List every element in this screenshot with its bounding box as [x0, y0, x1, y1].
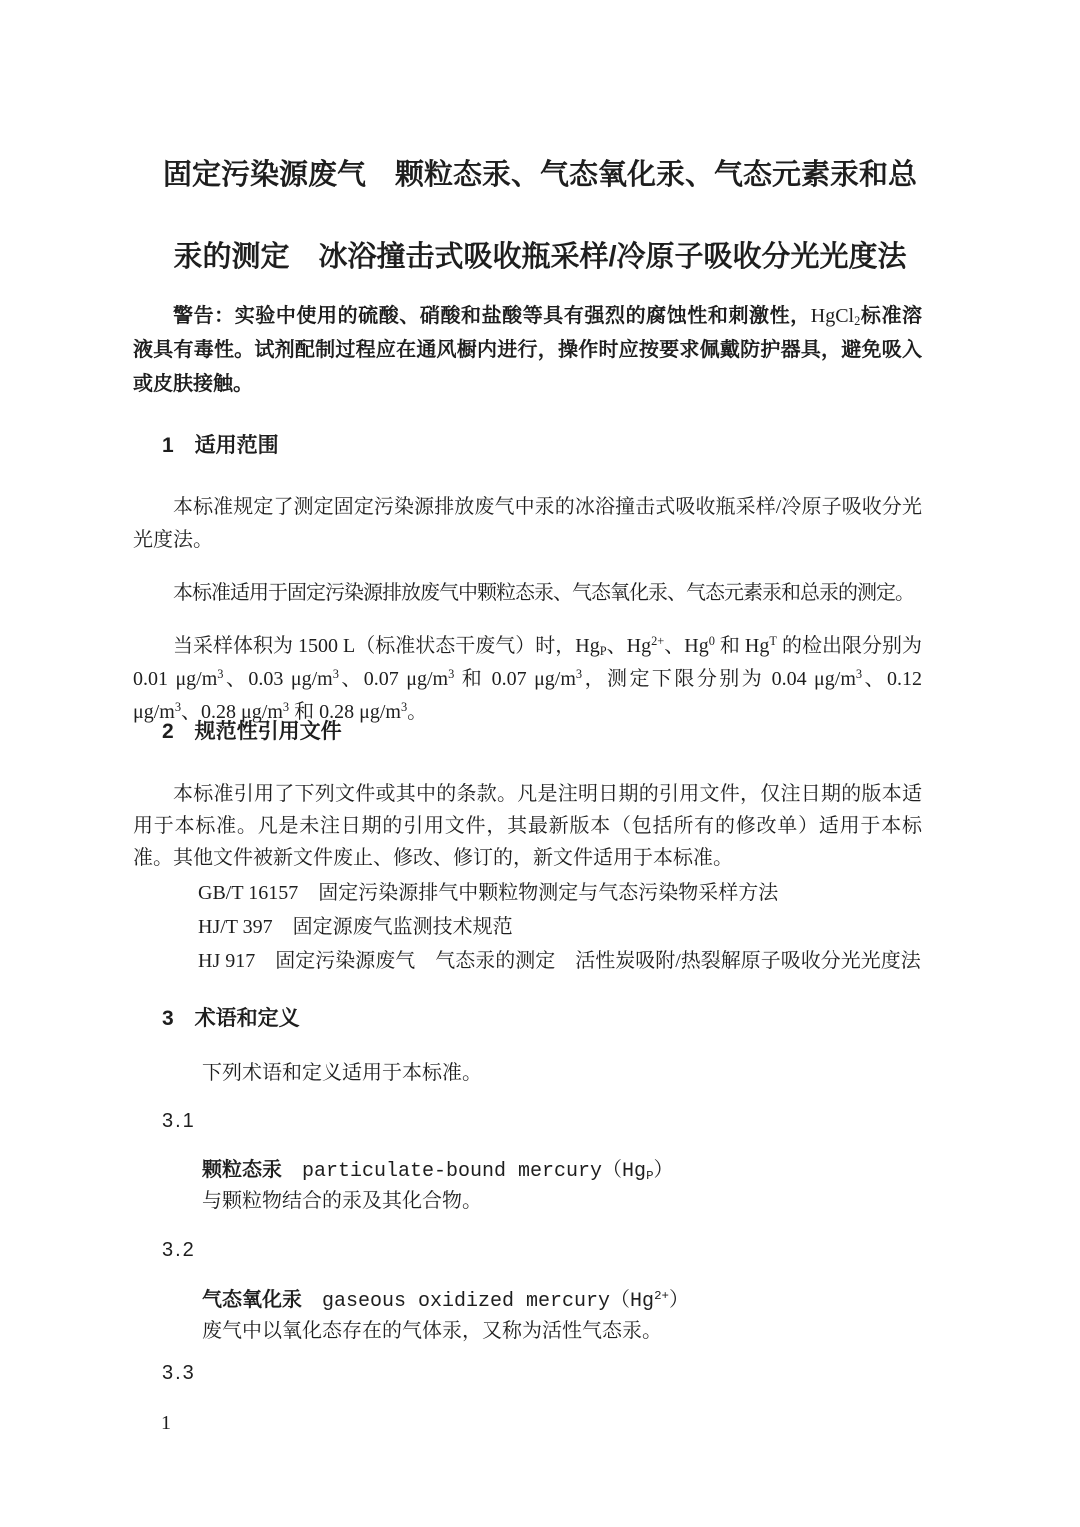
term-definition-3-2: 废气中以氧化态存在的气体汞，又称为活性气态汞。: [202, 1316, 662, 1346]
reference-item: HJ/T 397 固定源废气监测技术规范: [198, 910, 921, 944]
term-number-3-2: 3.2: [162, 1235, 196, 1265]
reference-item: GB/T 16157 固定污染源排气中颗粒物测定与气态污染物采样方法: [198, 876, 921, 910]
paragraph-scope-applicability: 本标准适用于固定污染源排放废气中颗粒态汞、气态氧化汞、气态元素汞和总汞的测定。: [133, 577, 922, 610]
page-number: 1: [161, 1408, 171, 1438]
section-1-heading: 1 适用范围: [162, 431, 279, 461]
term-number-3-1: 3.1: [162, 1106, 196, 1136]
document-title-line-1: 固定污染源废气 颗粒态汞、气态氧化汞、气态元素汞和总: [0, 155, 1080, 195]
terms-intro: 下列术语和定义适用于本标准。: [202, 1058, 482, 1088]
section-1-body: 本标准规定了测定固定污染源排放废气中汞的冰浴撞击式吸收瓶采样/冷原子吸收分光光度…: [133, 491, 922, 729]
section-3-heading: 3 术语和定义: [162, 1004, 300, 1034]
section-2-heading: 2 规范性引用文件: [162, 717, 342, 747]
paragraph-normative-references: 本标准引用了下列文件或其中的条款。凡是注明日期的引用文件，仅注日期的版本适用于本…: [133, 778, 922, 874]
term-line-3-1: 颗粒态汞 particulate-bound mercury（HgP）: [202, 1155, 674, 1187]
reference-list: GB/T 16157 固定污染源排气中颗粒物测定与气态污染物采样方法 HJ/T …: [198, 876, 921, 978]
document-page: 固定污染源废气 颗粒态汞、气态氧化汞、气态元素汞和总 汞的测定 冰浴撞击式吸收瓶…: [0, 0, 1080, 1527]
term-chinese: 颗粒态汞: [202, 1159, 282, 1181]
term-chinese: 气态氧化汞: [202, 1289, 302, 1311]
term-definition-3-1: 与颗粒物结合的汞及其化合物。: [202, 1186, 482, 1216]
section-2-body: 本标准引用了下列文件或其中的条款。凡是注明日期的引用文件，仅注日期的版本适用于本…: [133, 778, 922, 874]
term-english: particulate-bound mercury（HgP）: [302, 1160, 674, 1183]
warning-paragraph: 警告：实验中使用的硫酸、硝酸和盐酸等具有强烈的腐蚀性和刺激性，HgCl2标准溶液…: [133, 299, 922, 401]
paragraph-detection-limits: 当采样体积为 1500 L（标准状态干废气）时，HgP、Hg2+、Hg0 和 H…: [133, 630, 922, 729]
term-english: gaseous oxidized mercury（Hg2+）: [322, 1290, 689, 1313]
document-title-line-2: 汞的测定 冰浴撞击式吸收瓶采样/冷原子吸收分光光度法: [0, 237, 1080, 277]
reference-item: HJ 917 固定污染源废气 气态汞的测定 活性炭吸附/热裂解原子吸收分光光度法: [198, 944, 921, 978]
term-line-3-2: 气态氧化汞 gaseous oxidized mercury（Hg2+）: [202, 1285, 689, 1317]
term-number-3-3: 3.3: [162, 1358, 196, 1388]
paragraph-scope-method: 本标准规定了测定固定污染源排放废气中汞的冰浴撞击式吸收瓶采样/冷原子吸收分光光度…: [133, 491, 922, 557]
